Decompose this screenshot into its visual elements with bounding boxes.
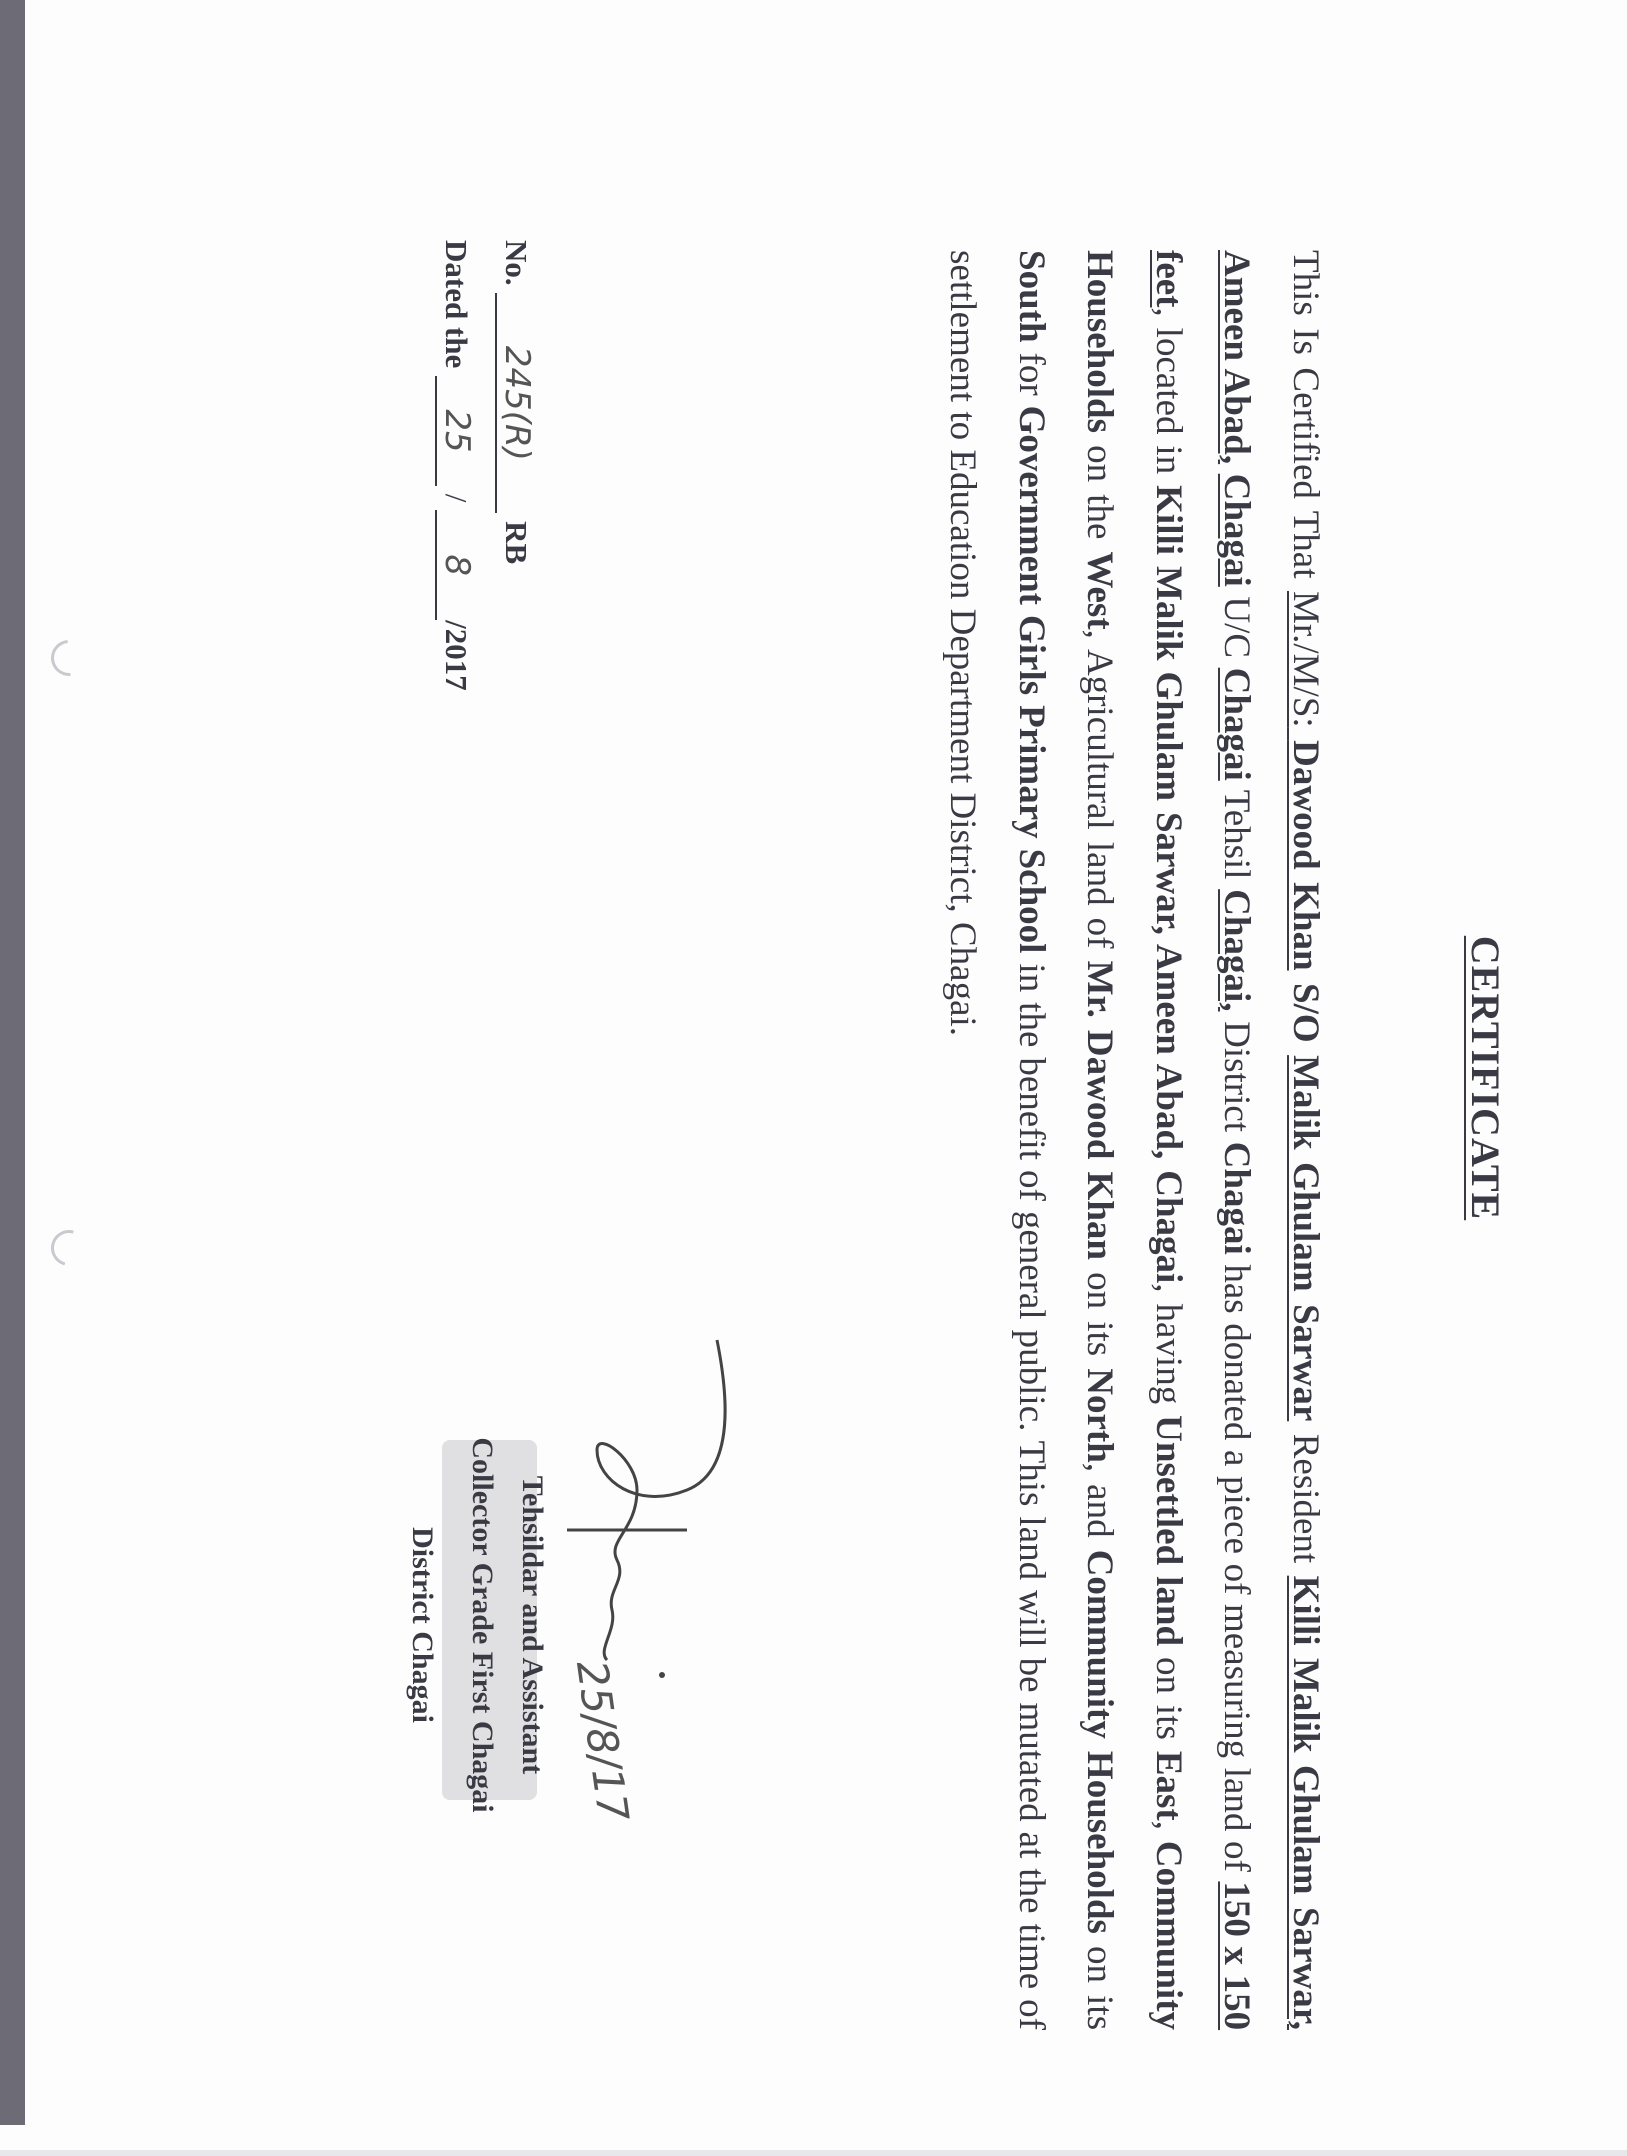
date-month: 8 [435,510,477,620]
beneficiary: Government Girls Primary School [1011,406,1052,954]
scan-smudge [44,633,95,684]
certificate-body: This Is Certified That Mr./M/S: Dawood K… [928,250,1339,2030]
signatory-block: Tehsildar and Assistant Collector Grade … [397,1375,557,1875]
reference-number-value: 245(R) [495,293,537,513]
signature-icon [527,1330,747,1850]
dated-line: Dated the 25 / 8/2017 [435,240,477,691]
scan-smudge [44,1223,93,1272]
document-title: CERTIFICATE [1462,0,1509,2156]
date-day: 25 [435,376,477,486]
certificate-page: CERTIFICATE This Is Certified That Mr./M… [0,0,1627,2156]
reference-number: No. 245(R) RB [495,240,537,564]
